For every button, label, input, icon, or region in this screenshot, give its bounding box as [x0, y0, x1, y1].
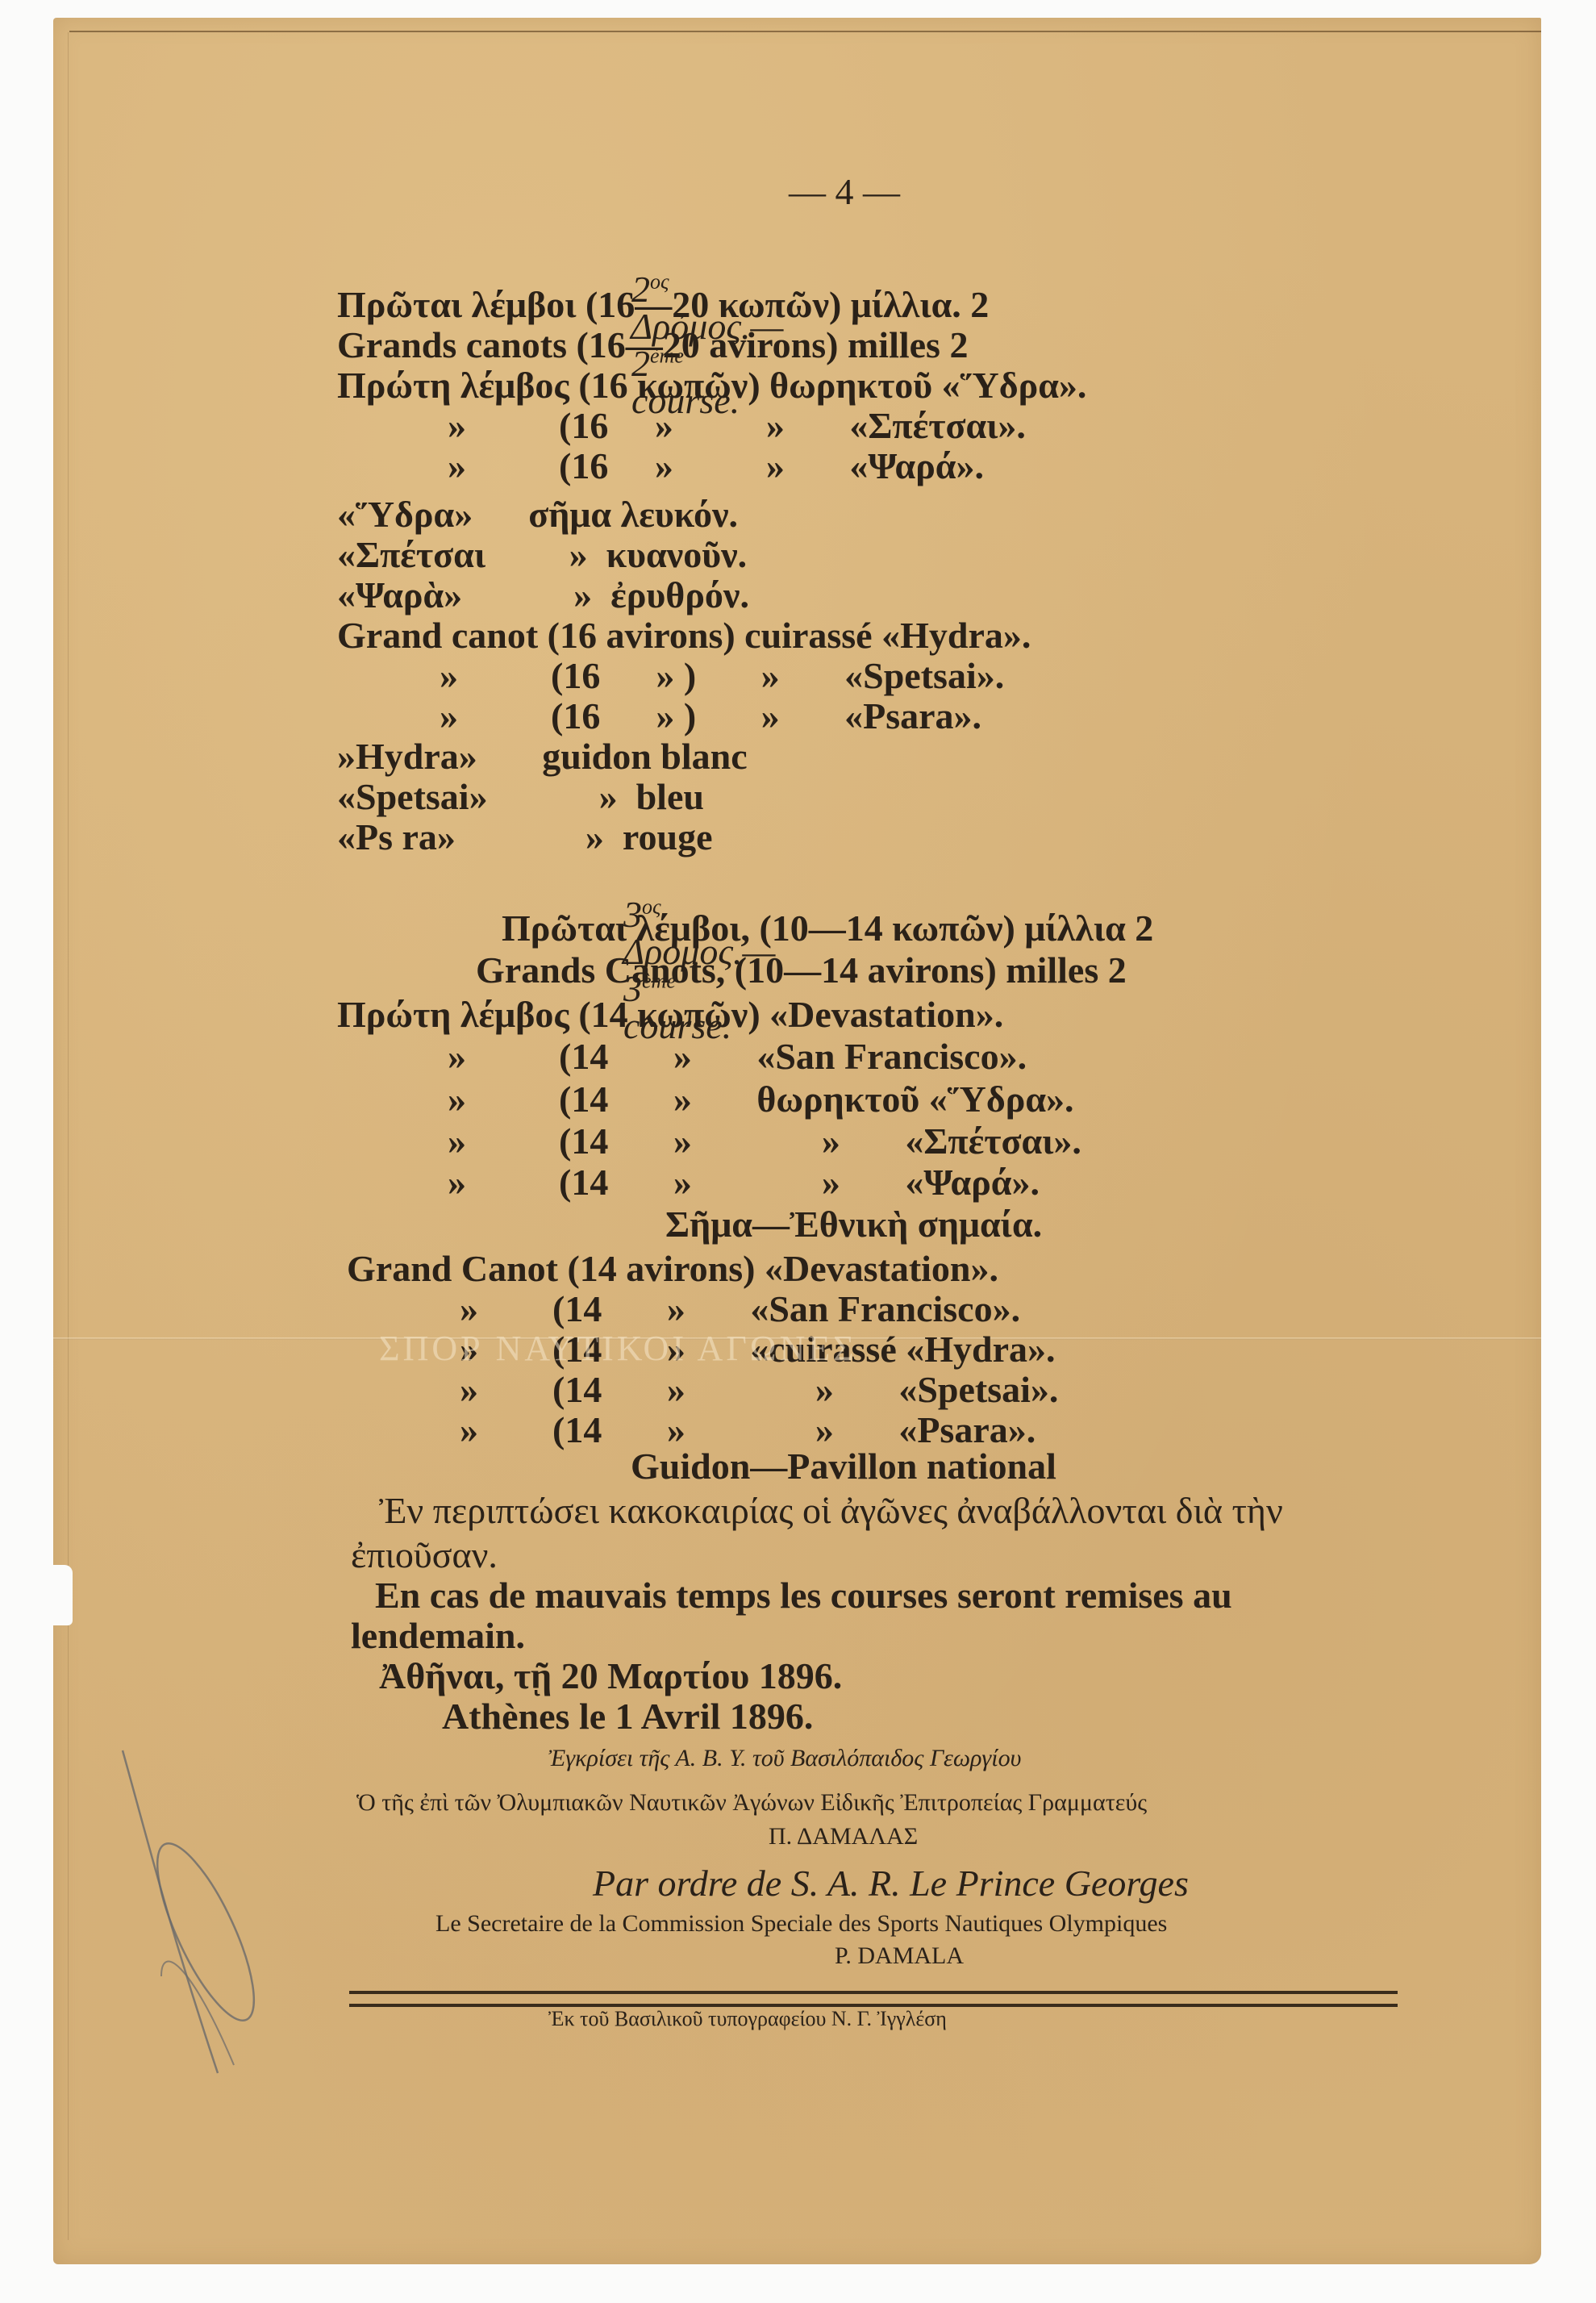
race2-line: «Spetsai» » bleu — [337, 778, 704, 816]
race3-line: Πρώτη λέμβος (14 κωπῶν) «Devastation». — [337, 996, 1003, 1033]
race2-line: «Ps ra» » rouge — [337, 819, 713, 856]
race2-line: «Ὕδρα» σῆμα λευκόν. — [337, 496, 738, 533]
notice-greek-line1: Ἐν περιπτώσει κακοκαιρίας οἱ ἀγῶνες ἀναβ… — [379, 1492, 1283, 1529]
race2-line: » (16 » » «Ψαρά». — [448, 448, 984, 485]
bleedthrough-text: ΣΠΟΡ ΝΑΥΤΙΚΟΙ ΑΓΩΝΕΣ — [379, 1331, 857, 1366]
race2-line: Grands canots (16—20 avirons) milles 2 — [337, 327, 968, 364]
torn-edge — [48, 1565, 73, 1625]
race3-line: Grand Canot (14 avirons) «Devastation». — [347, 1250, 998, 1287]
race3-line: » (14 » » «Ψαρά». — [448, 1164, 1040, 1201]
race2-line: Grand canot (16 avirons) cuirassé «Hydra… — [337, 617, 1031, 654]
race2-line: » (16 » » «Σπέτσαι». — [448, 407, 1026, 444]
race3-line: Grands Canots, (10—14 avirons) milles 2 — [476, 952, 1127, 989]
greek-approval: Ἐγκρίσει τῆς Α. Β. Υ. τοῦ Βασιλόπαιδος Γ… — [548, 1746, 1021, 1771]
race2-line: Πρῶται λέμβοι (16—20 κωπῶν) μίλλια. 2 — [337, 286, 989, 323]
race2-line: «Ψαρὰ» » ἐρυθρόν. — [337, 577, 749, 614]
french-secretary-title: Le Secretaire de la Commission Speciale … — [435, 1912, 1167, 1936]
race2-line: » (16 » ) » «Psara». — [440, 698, 981, 735]
printer-imprint: Ἐκ τοῦ Βασιλικοῦ τυπογραφείου Ν. Γ. Ἰγγλ… — [548, 2009, 947, 2030]
greek-secretary-title: Ὁ τῆς ἐπὶ τῶν Ὀλυμπιακῶν Ναυτικῶν Ἀγώνων… — [356, 1791, 1147, 1815]
race3-line: Σῆμα—Ἐθνικὴ σημαία. — [665, 1206, 1042, 1243]
race2-line: «Σπέτσαι » κυανοῦν. — [337, 536, 747, 574]
race3-line: Πρῶται λέμβοι, (10—14 κωπῶν) μίλλια 2 — [502, 910, 1153, 947]
race3-line: » (14 » «San Francisco». — [448, 1038, 1027, 1075]
race3-line: » (14 » » «Spetsai». — [460, 1371, 1058, 1408]
pencil-scribble-icon — [113, 1734, 274, 2081]
french-secretary-name: P. DAMALA — [835, 1944, 964, 1968]
top-border-line — [69, 31, 1541, 32]
race3-line: Guidon—Pavillon national — [631, 1448, 1056, 1485]
notice-greek-line2: ἐπιοῦσαν. — [351, 1537, 498, 1574]
page-number: — 4 — — [789, 173, 900, 211]
french-order: Par ordre de S. A. R. Le Prince Georges — [593, 1865, 1189, 1902]
notice-french-line1: En cas de mauvais temps les courses sero… — [375, 1577, 1232, 1614]
race3-line: » (14 » θωρηκτοῦ «Ὕδρα». — [448, 1081, 1074, 1118]
greek-secretary-name: Π. ΔΑΜΑΛΑΣ — [769, 1825, 918, 1849]
date-greek: Ἀθῆναι, τῇ 20 Μαρτίου 1896. — [379, 1658, 842, 1695]
double-rule-divider — [349, 1991, 1398, 2007]
left-fold-line — [68, 32, 69, 2240]
notice-french-line2: lendemain. — [351, 1617, 525, 1654]
date-french: Athènes le 1 Avril 1896. — [442, 1698, 813, 1735]
race2-line: Πρώτη λέμβος (16 κωπῶν) θωρηκτοῦ «Ὕδρα». — [337, 367, 1086, 404]
race2-line: »Hydra» guidon blanc — [337, 738, 748, 775]
race3-line: » (14 » » «Psara». — [460, 1412, 1036, 1449]
race3-line: » (14 » «San Francisco». — [460, 1291, 1020, 1328]
race3-line: » (14 » » «Σπέτσαι». — [448, 1123, 1081, 1160]
race2-line: » (16 » ) » «Spetsai». — [440, 657, 1004, 695]
